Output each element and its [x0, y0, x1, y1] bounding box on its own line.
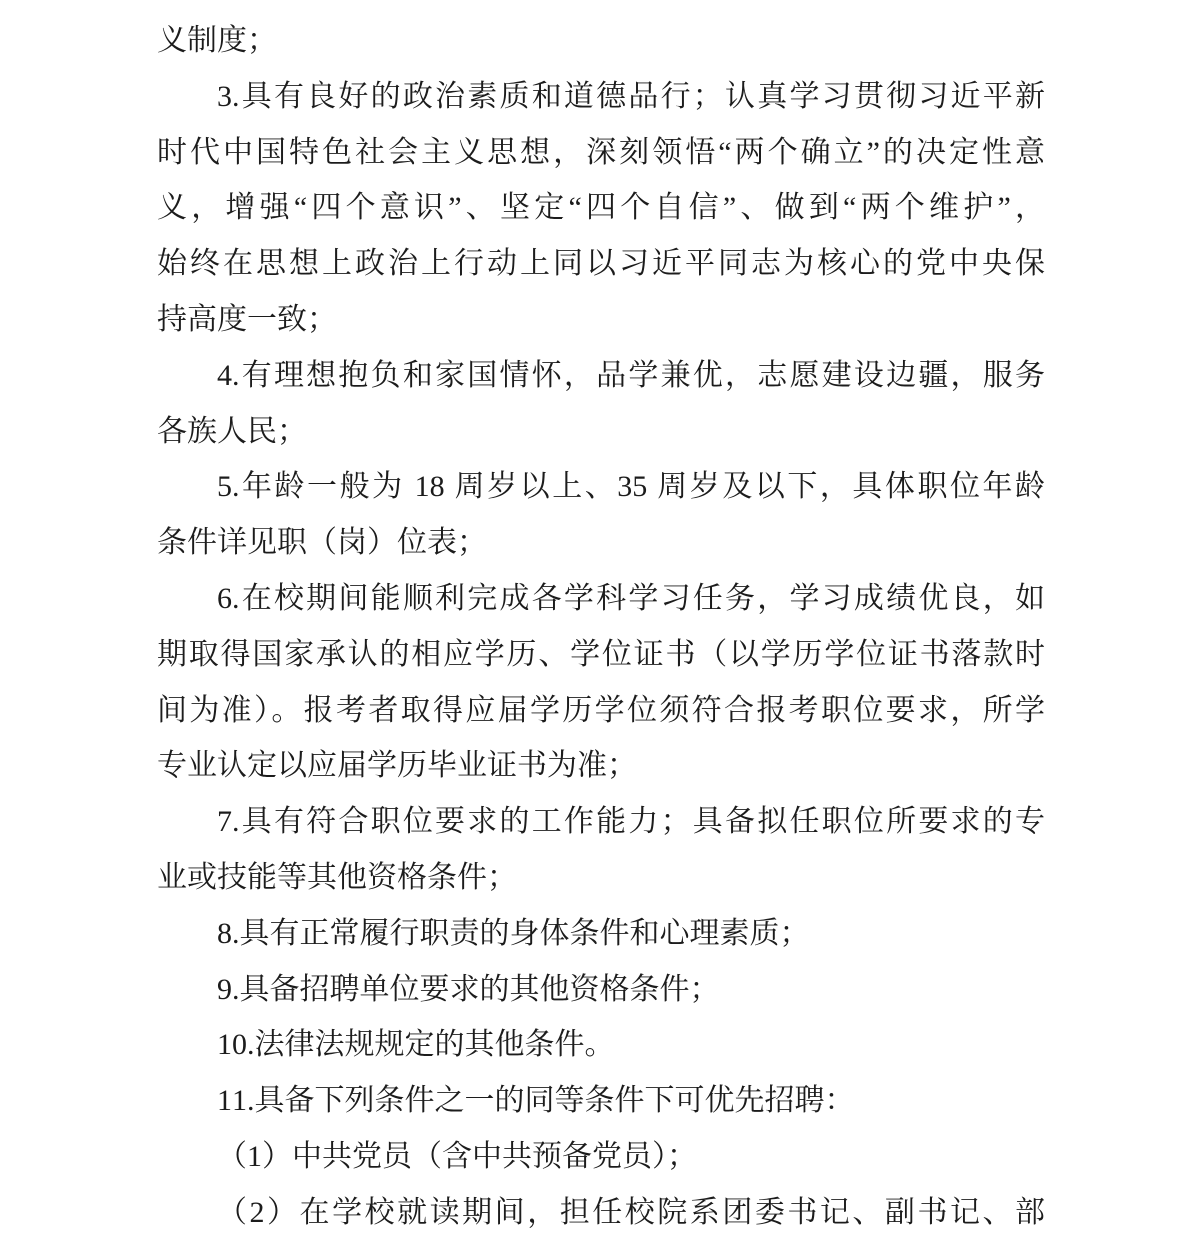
text-line: 6.在校期间能顺利完成各学科学习任务，学习成绩优良，如	[157, 571, 1045, 627]
text-line: 义，增强“四个意识”、坚定“四个自信”、做到“两个维护”，	[157, 180, 1045, 236]
text-line: 各族人民；	[157, 404, 1045, 460]
text-line: 持高度一致；	[157, 292, 1045, 348]
text-line: 始终在思想上政治上行动上同以习近平同志为核心的党中央保	[157, 236, 1045, 292]
text-line: 7.具有符合职位要求的工作能力；具备拟任职位所要求的专	[157, 794, 1045, 850]
text-line: 期取得国家承认的相应学历、学位证书（以学历学位证书落款时	[157, 627, 1045, 683]
text-line: 3.具有良好的政治素质和道德品行；认真学习贯彻习近平新	[157, 69, 1045, 125]
text-line: 义制度；	[157, 13, 1045, 69]
text-line: 专业认定以应届学历毕业证书为准；	[157, 738, 1045, 794]
text-line: 时代中国特色社会主义思想，深刻领悟“两个确立”的决定性意	[157, 125, 1045, 181]
text-line: 4.有理想抱负和家国情怀，品学兼优，志愿建设边疆，服务	[157, 348, 1045, 404]
text-line: 10.法律法规规定的其他条件。	[157, 1017, 1045, 1073]
text-line: 业或技能等其他资格条件；	[157, 850, 1045, 906]
text-line: 9.具备招聘单位要求的其他资格条件；	[157, 962, 1045, 1018]
text-line: 间为准）。报考者取得应届学历学位须符合报考职位要求，所学	[157, 683, 1045, 739]
text-line: 5.年龄一般为 18 周岁以上、35 周岁及以下，具体职位年龄	[157, 459, 1045, 515]
text-line: （2）在学校就读期间，担任校院系团委书记、副书记、部	[157, 1185, 1045, 1241]
text-line: （1）中共党员（含中共预备党员）；	[157, 1129, 1045, 1185]
text-line: 条件详见职（岗）位表；	[157, 515, 1045, 571]
text-line: 11.具备下列条件之一的同等条件下可优先招聘：	[157, 1073, 1045, 1129]
document-page: 义制度； 3.具有良好的政治素质和道德品行；认真学习贯彻习近平新 时代中国特色社…	[0, 0, 1190, 1244]
text-line: 8.具有正常履行职责的身体条件和心理素质；	[157, 906, 1045, 962]
